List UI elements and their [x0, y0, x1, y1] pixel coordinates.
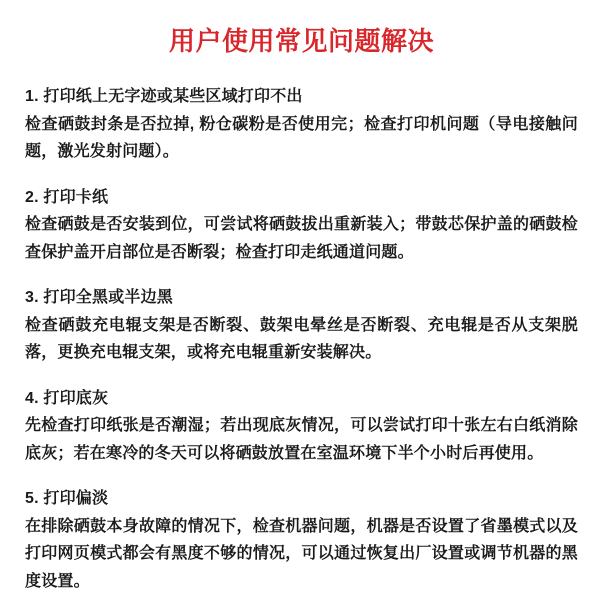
faq-section-4: 4. 打印底灰 先检查打印纸张是否潮湿；若出现底灰情况，可以尝试打印十张左右白纸…	[25, 385, 578, 468]
page-title: 用户使用常见问题解决	[25, 26, 578, 56]
document-page: 用户使用常见问题解决 1. 打印纸上无字迹或某些区域打印不出 检查硒鼓封条是否拉…	[0, 0, 600, 598]
faq-body-4: 先检查打印纸张是否潮湿；若出现底灰情况，可以尝试打印十张左右白纸消除底灰；若在寒…	[25, 412, 578, 467]
faq-heading-5: 5. 打印偏淡	[25, 485, 578, 513]
faq-section-1: 1. 打印纸上无字迹或某些区域打印不出 检查硒鼓封条是否拉掉, 粉仓碳粉是否使用…	[25, 83, 578, 166]
faq-body-2: 检查硒鼓是否安装到位，可尝试将硒鼓拔出重新装入；带鼓芯保护盖的硒鼓检查保护盖开启…	[25, 211, 578, 266]
faq-heading-4: 4. 打印底灰	[25, 385, 578, 413]
faq-heading-3: 3. 打印全黑或半边黑	[25, 284, 578, 312]
faq-heading-1: 1. 打印纸上无字迹或某些区域打印不出	[25, 83, 578, 111]
faq-body-3: 检查硒鼓充电辊支架是否断裂、鼓架电晕丝是否断裂、充电辊是否从支架脱落，更换充电辊…	[25, 312, 578, 367]
faq-body-1: 检查硒鼓封条是否拉掉, 粉仓碳粉是否使用完；检查打印机问题（导电接触问题，激光发…	[25, 111, 578, 166]
faq-heading-2: 2. 打印卡纸	[25, 184, 578, 212]
faq-section-3: 3. 打印全黑或半边黑 检查硒鼓充电辊支架是否断裂、鼓架电晕丝是否断裂、充电辊是…	[25, 284, 578, 367]
faq-body-5: 在排除硒鼓本身故障的情况下，检查机器问题，机器是否设置了省墨模式以及打印网页模式…	[25, 513, 578, 596]
faq-section-5: 5. 打印偏淡 在排除硒鼓本身故障的情况下，检查机器问题，机器是否设置了省墨模式…	[25, 485, 578, 595]
faq-section-2: 2. 打印卡纸 检查硒鼓是否安装到位，可尝试将硒鼓拔出重新装入；带鼓芯保护盖的硒…	[25, 184, 578, 267]
